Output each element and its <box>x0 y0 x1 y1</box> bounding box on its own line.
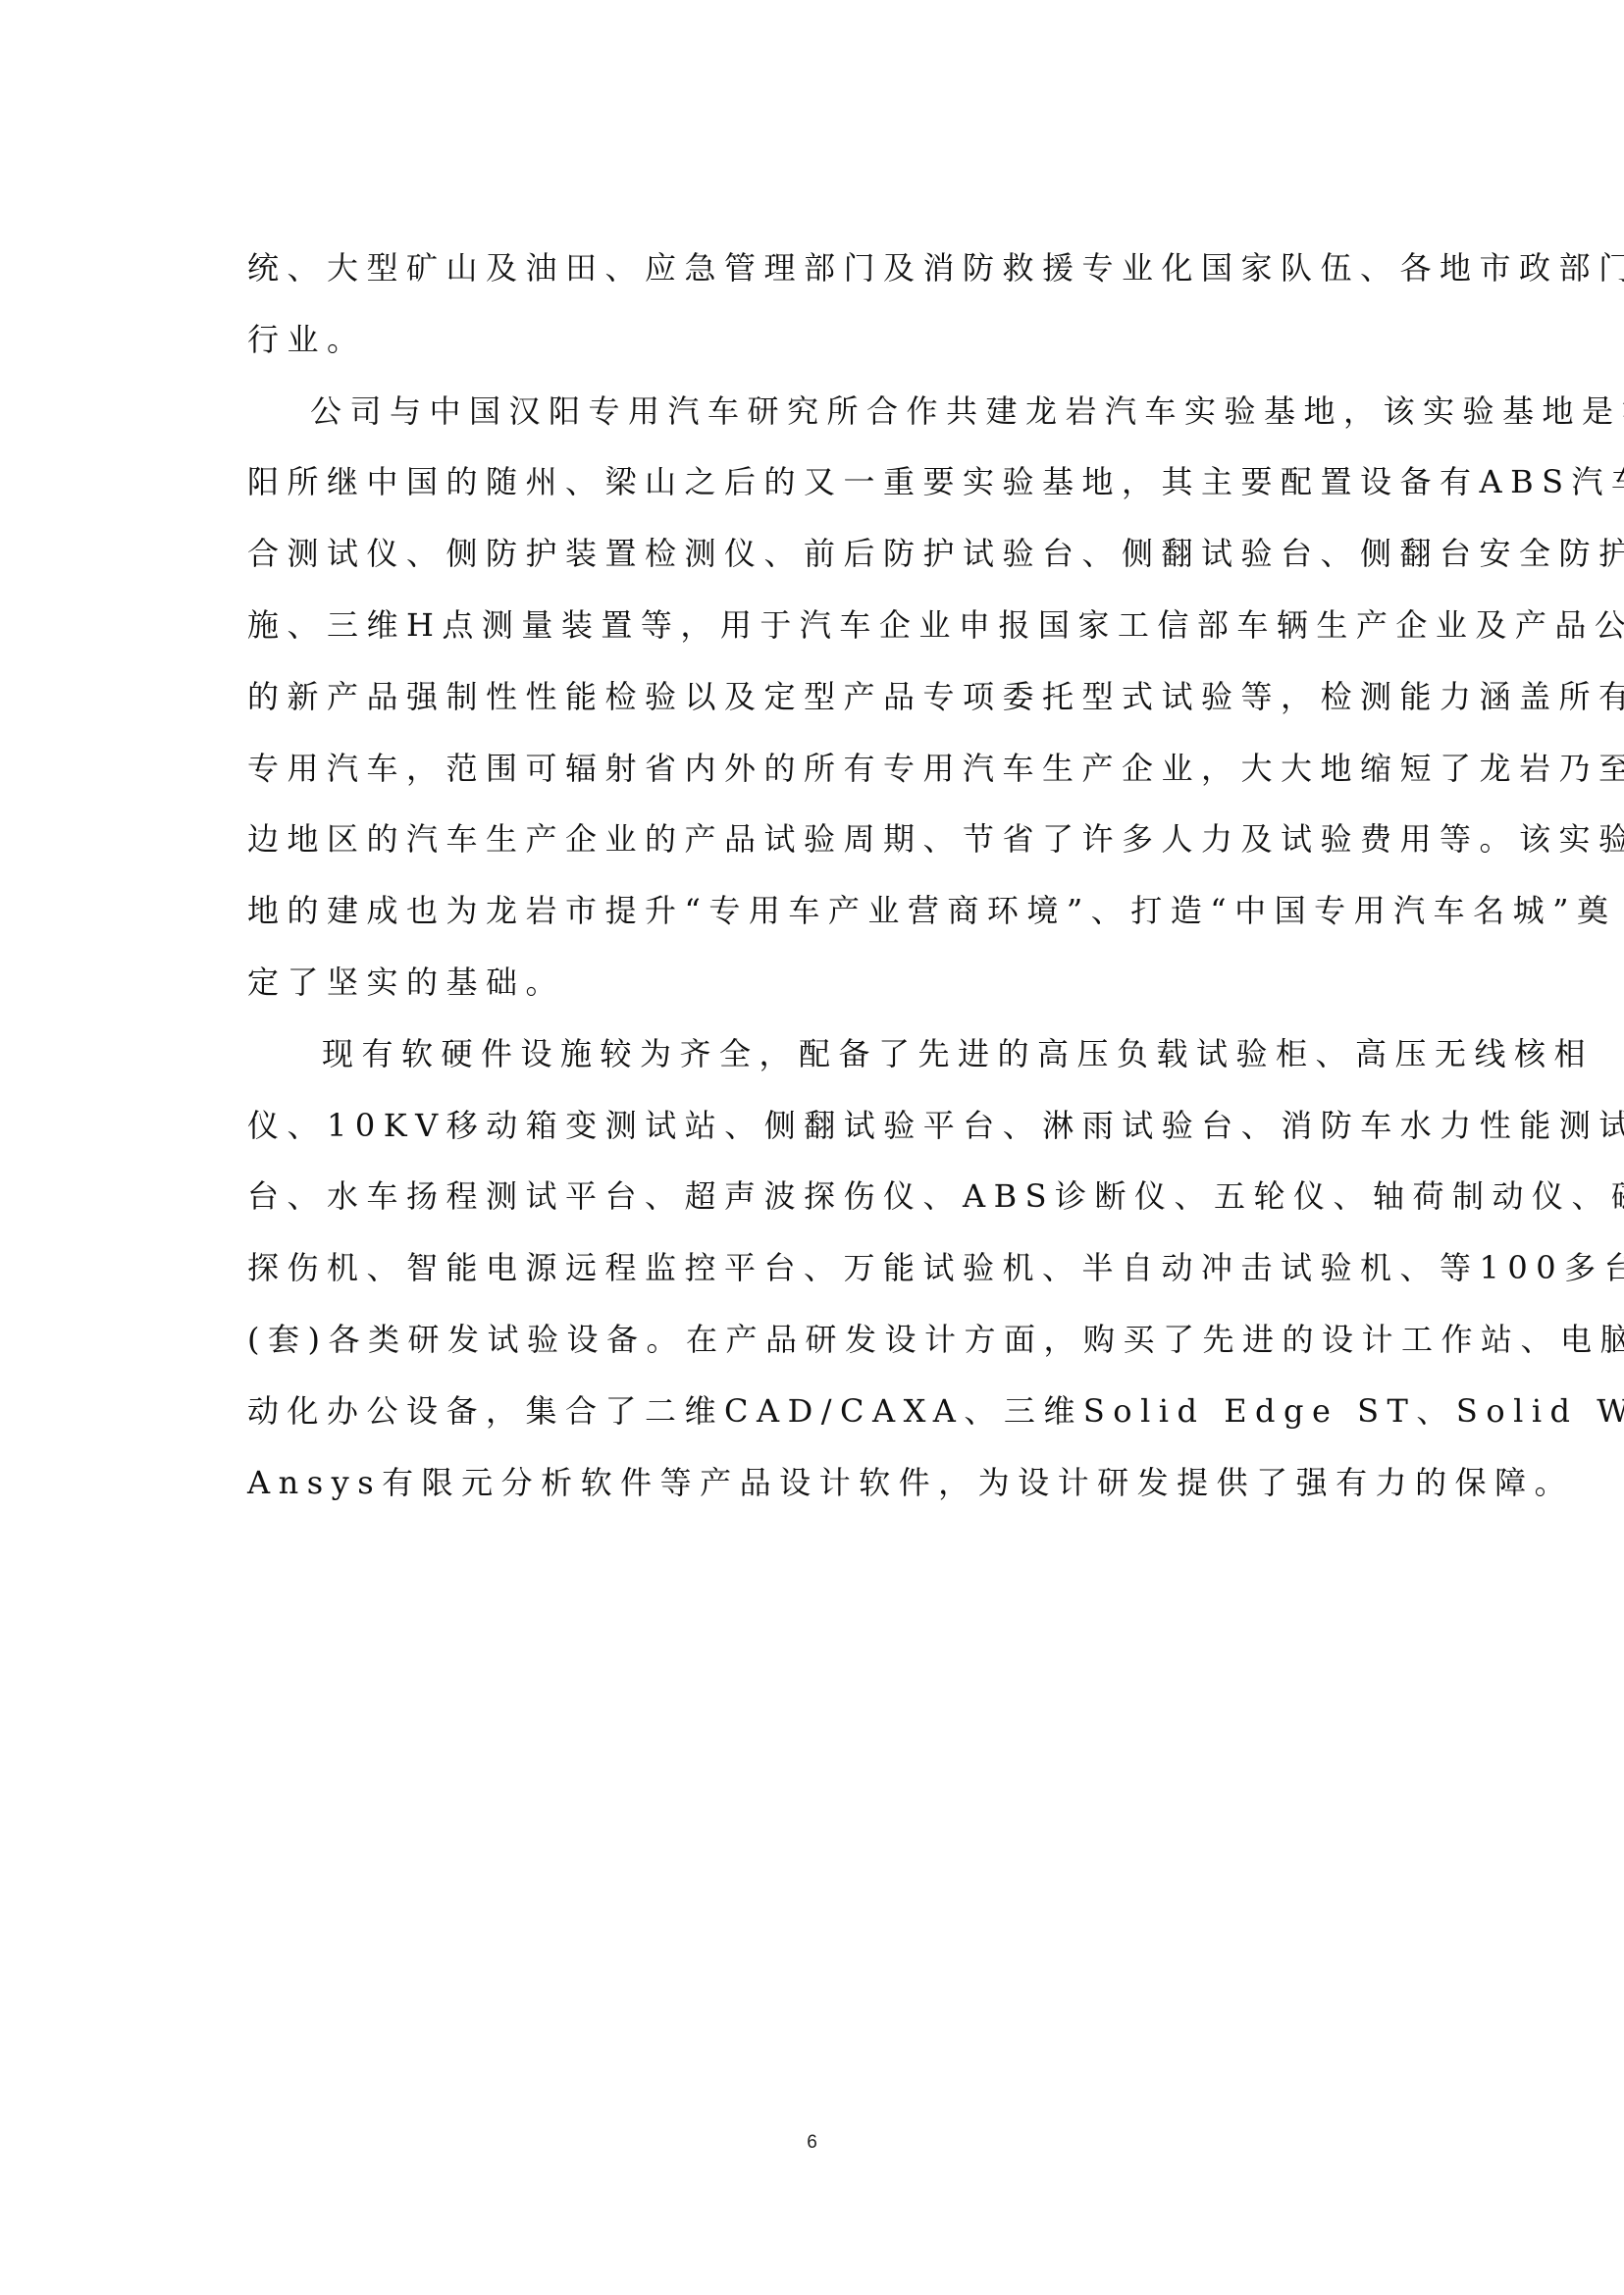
text-line: 动化办公设备，集合了二维CAD/CAXA、三维Solid Edge ST、Sol… <box>247 1376 1386 1447</box>
text-line: 的新产品强制性性能检验以及定型产品专项委托型式试验等，检测能力涵盖所有的 <box>247 661 1386 733</box>
text-line: 公司与中国汉阳专用汽车研究所合作共建龙岩汽车实验基地，该实验基地是汉 <box>247 376 1386 447</box>
text-line: 阳所继中国的随州、梁山之后的又一重要实验基地，其主要配置设备有ABS汽车综 <box>247 446 1386 518</box>
text-line: 现有软硬件设施较为齐全，配备了先进的高压负载试验柜、高压无线核相 <box>247 1018 1386 1090</box>
text-line: 地的建成也为龙岩市提升“专用车产业营商环境”、打造“中国专用汽车名城”奠 <box>247 875 1386 947</box>
text-line: 定了坚实的基础。 <box>247 947 1386 1018</box>
paragraph-equipment: 现有软硬件设施较为齐全，配备了先进的高压负载试验柜、高压无线核相 仪、10KV移… <box>247 1018 1386 1519</box>
text-line: (套)各类研发试验设备。在产品研发设计方面，购买了先进的设计工作站、电脑自 <box>247 1304 1386 1376</box>
text-line: 专用汽车，范围可辐射省内外的所有专用汽车生产企业，大大地缩短了龙岩乃至周 <box>247 733 1386 805</box>
text-line: Ansys有限元分析软件等产品设计软件，为设计研发提供了强有力的保障。 <box>247 1447 1386 1519</box>
text-line: 合测试仪、侧防护装置检测仪、前后防护试验台、侧翻试验台、侧翻台安全防护设 <box>247 518 1386 590</box>
text-line: 边地区的汽车生产企业的产品试验周期、节省了许多人力及试验费用等。该实验基 <box>247 804 1386 875</box>
text-line: 统、大型矿山及油田、应急管理部门及消防救援专业化国家队伍、各地市政部门等 <box>247 233 1386 304</box>
page-number: 6 <box>0 2131 1624 2155</box>
document-page: 统、大型矿山及油田、应急管理部门及消防救援专业化国家队伍、各地市政部门等 行业。… <box>0 0 1624 2295</box>
text-line: 行业。 <box>247 304 1386 376</box>
paragraph-industries-continuation: 统、大型矿山及油田、应急管理部门及消防救援专业化国家队伍、各地市政部门等 行业。 <box>247 233 1386 376</box>
text-line: 探伤机、智能电源远程监控平台、万能试验机、半自动冲击试验机、等100多台 <box>247 1232 1386 1304</box>
text-line: 仪、10KV移动箱变测试站、侧翻试验平台、淋雨试验台、消防车水力性能测试平 <box>247 1090 1386 1162</box>
body-text: 统、大型矿山及油田、应急管理部门及消防救援专业化国家队伍、各地市政部门等 行业。… <box>247 233 1386 1518</box>
text-line: 施、三维H点测量装置等，用于汽车企业申报国家工信部车辆生产企业及产品公告 <box>247 590 1386 661</box>
paragraph-test-base: 公司与中国汉阳专用汽车研究所合作共建龙岩汽车实验基地，该实验基地是汉 阳所继中国… <box>247 376 1386 1018</box>
text-line: 台、水车扬程测试平台、超声波探伤仪、ABS诊断仪、五轮仪、轴荷制动仪、磁粉 <box>247 1161 1386 1232</box>
